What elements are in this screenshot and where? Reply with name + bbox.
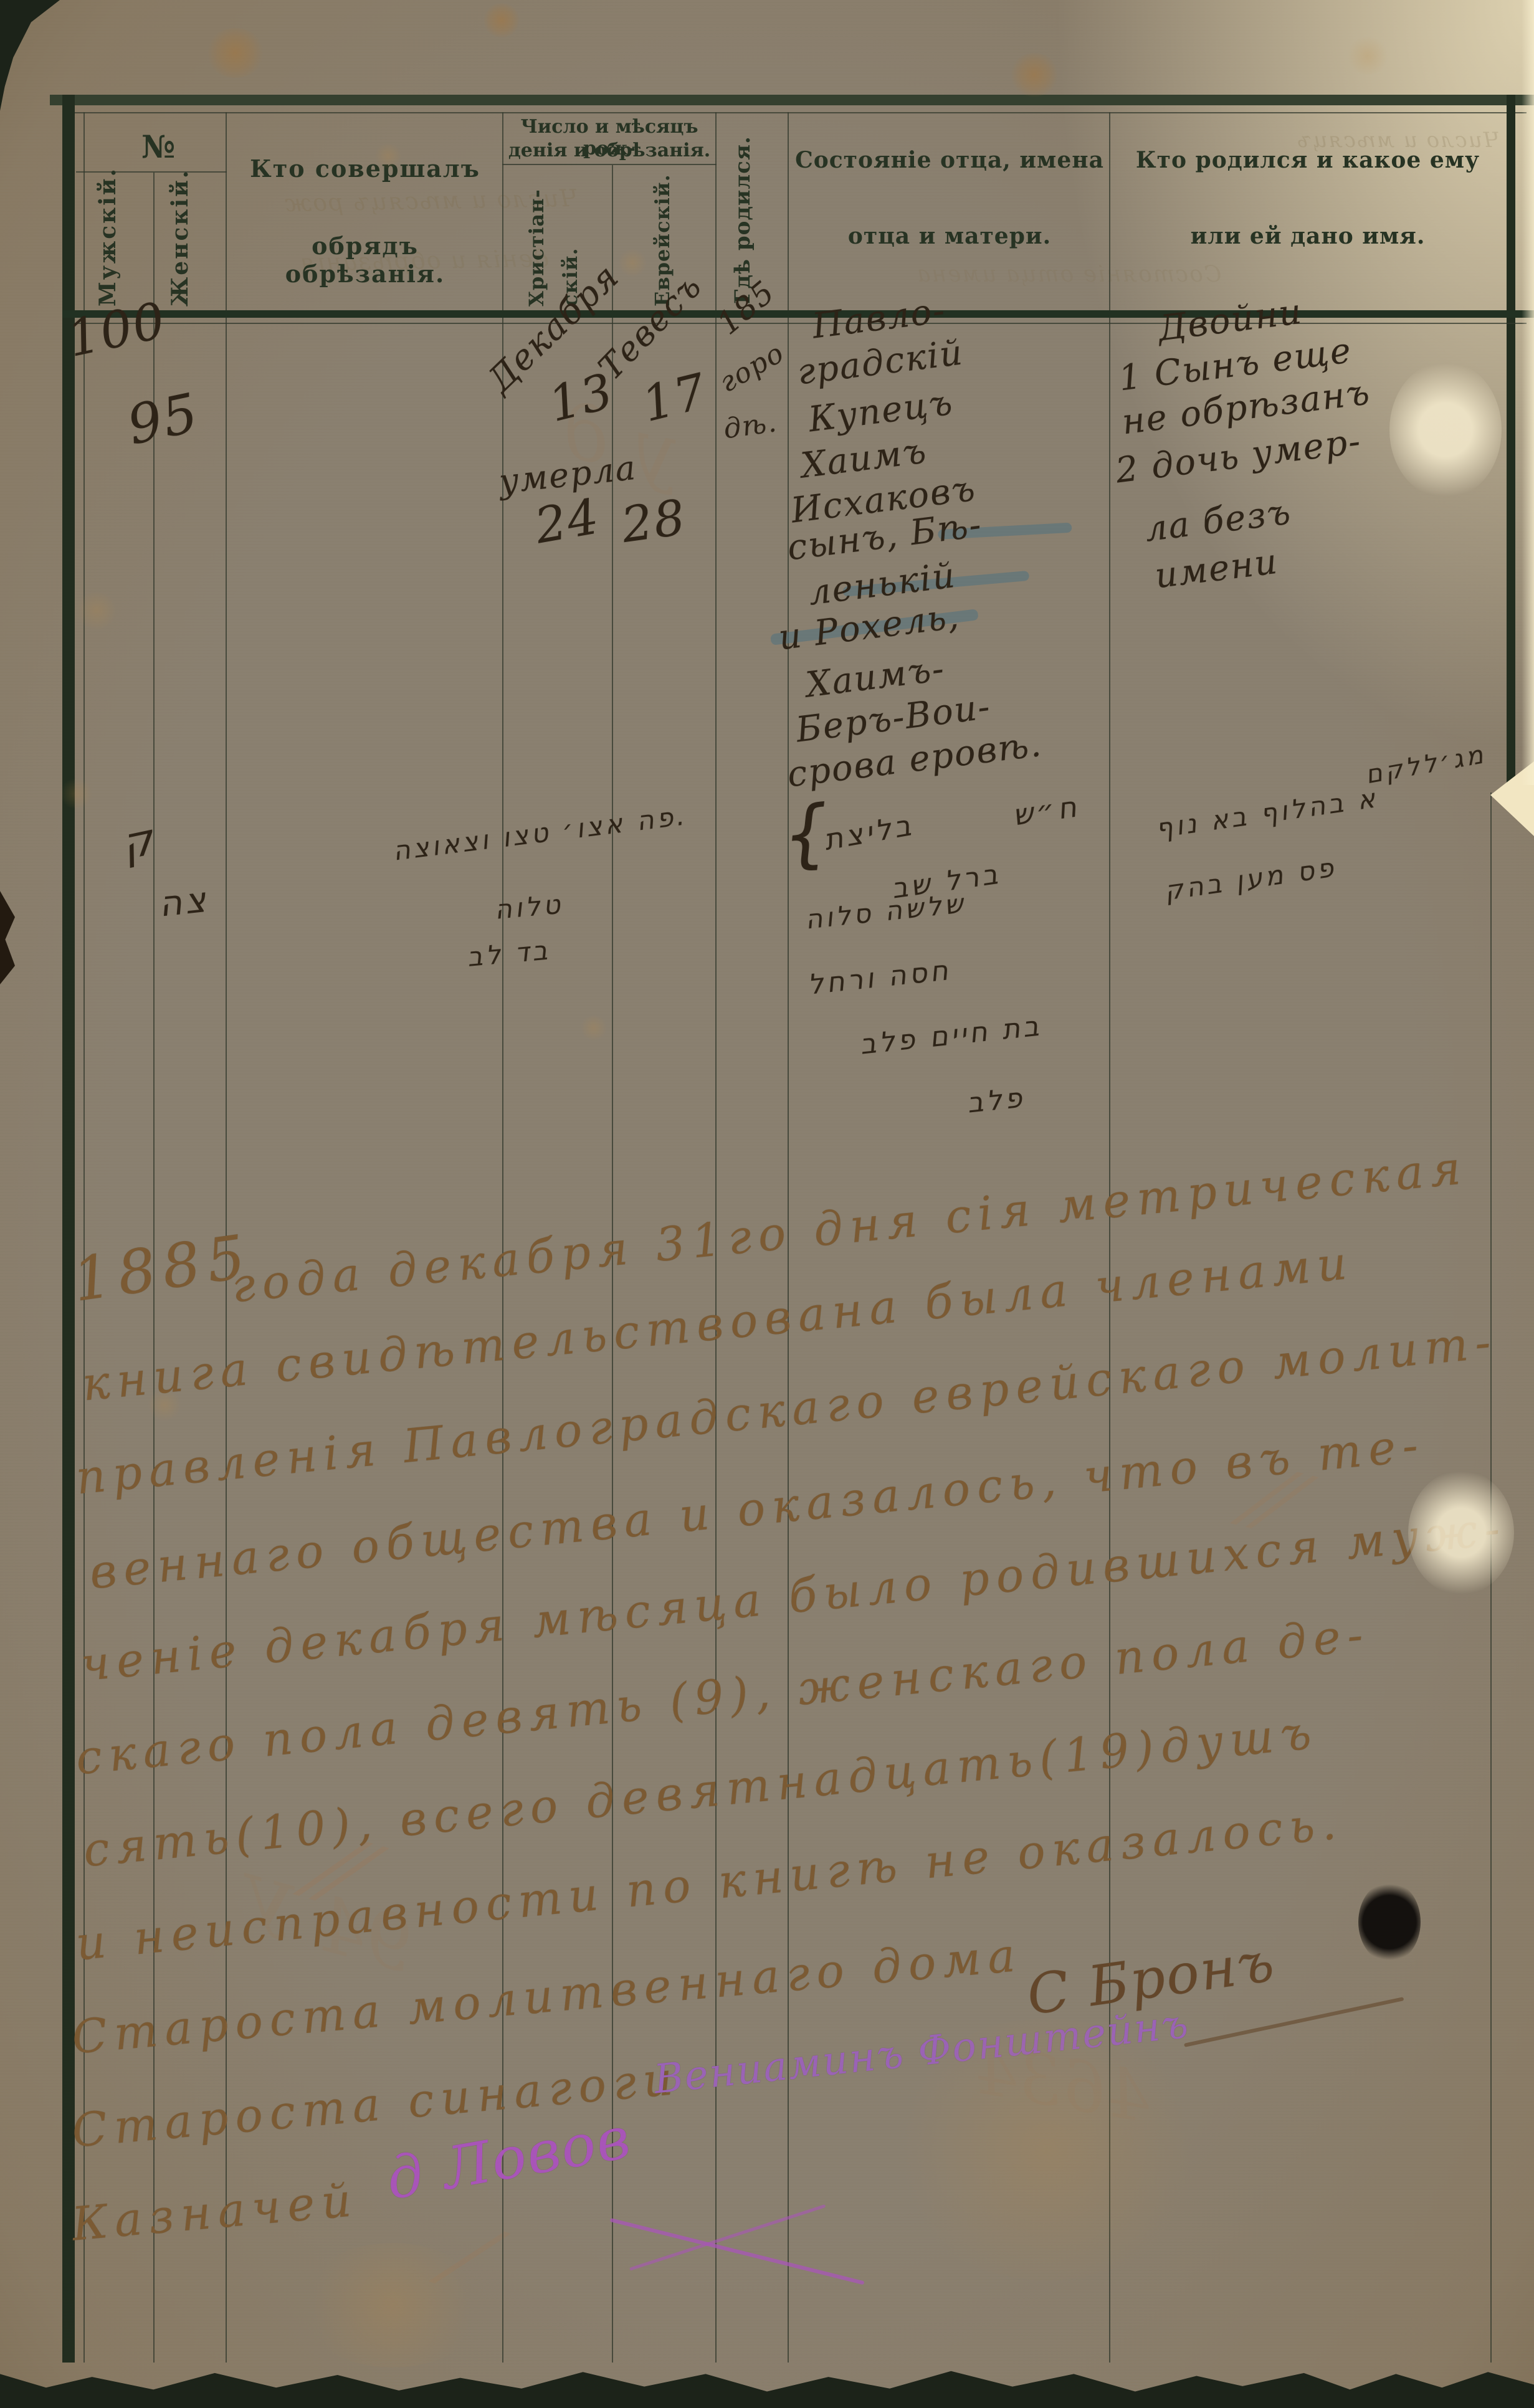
register-page: Число и мѣсяцъ рожденія и обрѣзаніяСосто… xyxy=(0,0,1534,2408)
column-header-child-line2: или ей дано имя. xyxy=(1112,223,1504,249)
column-header-male: Мужскій. xyxy=(95,182,121,307)
divider-name-rightedge xyxy=(1490,792,1492,2363)
ghost-handwriting: ⁄ xyxy=(445,2206,495,2314)
foxing-stain xyxy=(1009,53,1059,97)
header-bottom-inner-line xyxy=(75,323,1527,324)
column-header-who-performed-line2: обрядъ обрѣзанія. xyxy=(229,232,501,288)
hebrew-mark: צה xyxy=(157,880,211,925)
hebrew-line: בליצת xyxy=(821,808,917,857)
torn-edge-left xyxy=(0,891,15,984)
hebrew-line: טלוה xyxy=(493,888,565,925)
column-header-child-line1: Кто родился и какое ему xyxy=(1112,147,1504,173)
entry-where-born: 185 xyxy=(710,274,782,342)
signature-flourish xyxy=(1184,1997,1404,2047)
hebrew-mark: ר xyxy=(1494,784,1510,811)
hebrew-line: ח״ש xyxy=(1011,789,1082,832)
hebrew-line: שלשה סלוה xyxy=(804,888,968,935)
entry-where-born: горо xyxy=(714,336,790,399)
table-top-inner-line xyxy=(75,112,1527,113)
entry-child-line: имени xyxy=(1153,541,1280,597)
hebrew-line: פה אצו׳ טצו וצאוצה. xyxy=(391,800,689,867)
treasurer-flourish xyxy=(610,2218,865,2285)
hebrew-line: חסה ורחל xyxy=(806,954,953,1001)
entry-where-born: дѣ. xyxy=(722,406,779,445)
foxing-stain xyxy=(75,592,118,629)
entry-jewish-circumcision-day: 28 xyxy=(618,490,690,554)
hebrew-line: בת חיים פלב xyxy=(859,1010,1044,1060)
attestation-line: Казначей xyxy=(70,2173,360,2252)
torn-edge-bottom xyxy=(0,2359,1534,2408)
column-header-female: Женскій. xyxy=(167,182,193,307)
hebrew-line: מג׳ללקם xyxy=(1363,740,1489,789)
entry-christian-circumcision-day: 24 xyxy=(531,488,604,555)
column-header-father-line2: отца и матери. xyxy=(790,223,1109,249)
page-edge-right xyxy=(1522,0,1534,785)
column-header-where-born: Гдѣ родился. xyxy=(730,117,755,304)
table-top-border xyxy=(50,95,1534,105)
attestation-year: 1885 xyxy=(69,1221,256,1315)
ink-blot xyxy=(1358,1882,1421,1963)
column-header-father-line1: Состояніе отца, имена xyxy=(790,147,1109,173)
foxing-stain xyxy=(617,249,648,277)
column-header-no: № xyxy=(93,128,224,165)
column-header-christian-line1: Христіан- xyxy=(525,178,548,307)
ghost-print: Состояніе отца имена xyxy=(916,262,1221,287)
hebrew-line: א בהלוף בא נוף xyxy=(1154,783,1380,844)
paper-patch xyxy=(1389,361,1502,498)
foxing-stain xyxy=(1346,37,1389,75)
hebrew-line: בד לב xyxy=(466,935,551,972)
subdivider-dates xyxy=(502,164,717,165)
entry-jewish-birth-day: 17 xyxy=(637,363,713,433)
treasurer-flourish xyxy=(629,2204,826,2271)
entry-male-number: 100 xyxy=(62,291,171,368)
foxing-stain xyxy=(483,3,520,37)
entry-father-line: Купецъ xyxy=(806,383,956,440)
table-right-border xyxy=(1507,95,1515,792)
hebrew-line: פס מען בהק xyxy=(1163,852,1338,906)
entry-child-line: ла безъ xyxy=(1143,492,1293,550)
column-header-dates-line2: денія и обрѣзанія. xyxy=(502,140,717,161)
header-bottom-border xyxy=(62,310,1534,318)
foxing-stain xyxy=(579,1016,608,1040)
hebrew-line: פלב xyxy=(966,1082,1027,1119)
foxing-stain xyxy=(206,28,265,78)
entry-female-number: 95 xyxy=(122,381,204,457)
column-header-who-performed-line1: Кто совершалъ xyxy=(229,155,501,183)
